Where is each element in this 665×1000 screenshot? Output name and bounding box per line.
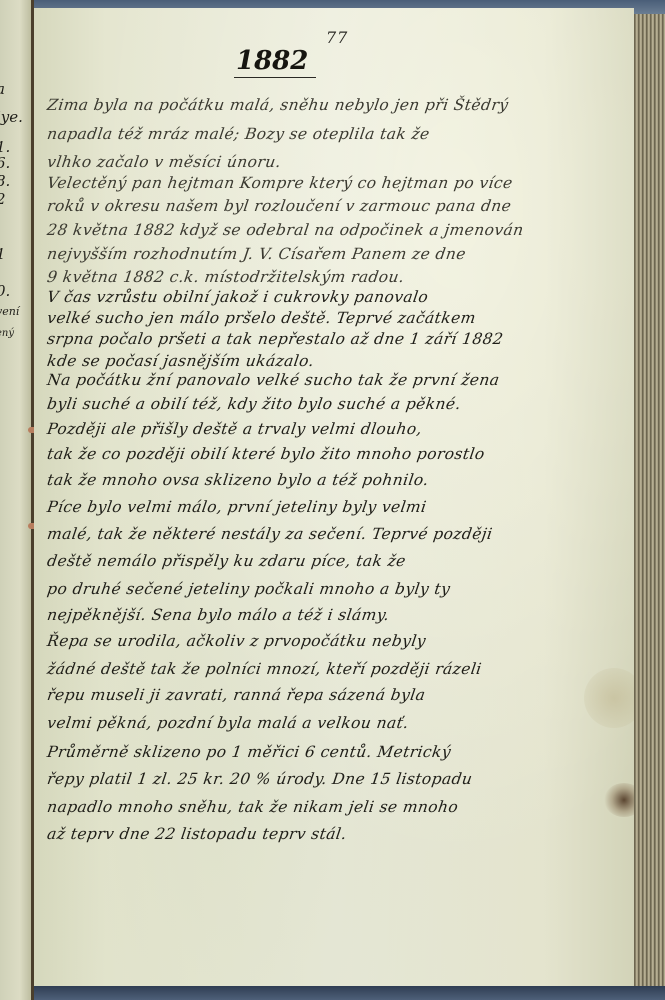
text-line: Velectěný pan hejtman Kompre který co he… [46,174,514,192]
scan-backdrop-bottom [0,985,665,1000]
text-line: kde se počasí jasnějším ukázalo. [46,352,315,370]
text-line: velmi pěkná, pozdní byla malá a velkou n… [46,714,410,732]
text-line: velké sucho jen málo pršelo deště. Teprv… [46,309,477,327]
left-page-fragment: a [0,80,5,98]
text-line: malé, tak že některé nestály za sečení. … [46,525,494,543]
text-line: vlhko začalo v měsíci únoru. [46,153,282,171]
text-line: napadlo mnoho sněhu, tak že nikam jeli s… [46,798,459,816]
left-page-fragment: 0. [0,282,10,300]
text-line: deště nemálo přispěly ku zdaru píce, tak… [46,552,407,570]
text-line: Píce bylo velmi málo, první jeteliny byl… [46,498,428,516]
text-line: nejvyšším rozhodnutím J. V. Císařem Pane… [46,245,467,263]
text-line: nejpěknější. Sena bylo málo a též i slám… [46,606,391,624]
text-line: Na počátku žní panovalo velké sucho tak … [46,371,501,389]
left-page-fragment: 2 [0,190,6,208]
left-page-fragment: 1 [0,245,6,263]
text-line: Průměrně sklizeno po 1 měřici 6 centů. M… [46,743,452,761]
text-line: tak že co později obilí které bylo žito … [46,445,486,463]
text-line: až teprv dne 22 listopadu teprv stál. [46,825,348,843]
manuscript-page: 77 1882 Zima byla na počátku malá, sněhu… [34,8,634,986]
text-line: tak že mnoho ovsa sklizeno bylo a též po… [46,471,430,489]
text-line: V čas vzrůstu obilní jakož i cukrovky pa… [46,288,429,306]
left-page-fragment: vení [0,305,19,318]
book-page-edges [634,14,665,986]
text-line: Řepa se urodila, ačkoliv z prvopočátku n… [46,632,427,650]
left-page-edge: a lye. 1. 6. 8. 2 1 0. vení ený [0,0,33,1000]
text-line: řepu museli ji zavrati, ranná řepa sázen… [46,686,427,704]
text-line: 28 května 1882 když se odebral na odpoči… [46,221,525,239]
left-page-fragment: 6. [0,154,10,172]
left-page-fragment: 8. [0,172,10,190]
text-line: Zima byla na počátku malá, sněhu nebylo … [46,96,510,114]
text-line: roků v okresu našem byl rozloučení v zar… [46,197,513,215]
text-line: srpna počalo pršeti a tak nepřestalo až … [46,330,504,348]
text-line: po druhé sečené jeteliny počkali mnoho a… [46,580,451,598]
text-line: byli suché a obilí též, kdy žito bylo su… [46,395,462,413]
text-line: Později ale přišly deště a trvaly velmi … [46,420,423,438]
text-line: 9 května 1882 c.k. místodržitelským rado… [46,268,406,286]
text-line: žádné deště tak že polníci mnozí, kteří … [46,660,483,678]
left-page-fragment: lye. [0,108,23,126]
text-line: řepy platil 1 zl. 25 kr. 20 % úrody. Dne… [46,770,474,788]
left-page-fragment: ený [0,328,14,339]
handwritten-text: Zima byla na počátku malá, sněhu nebylo … [34,8,634,986]
text-line: napadla též mráz malé; Bozy se oteplila … [46,125,431,143]
